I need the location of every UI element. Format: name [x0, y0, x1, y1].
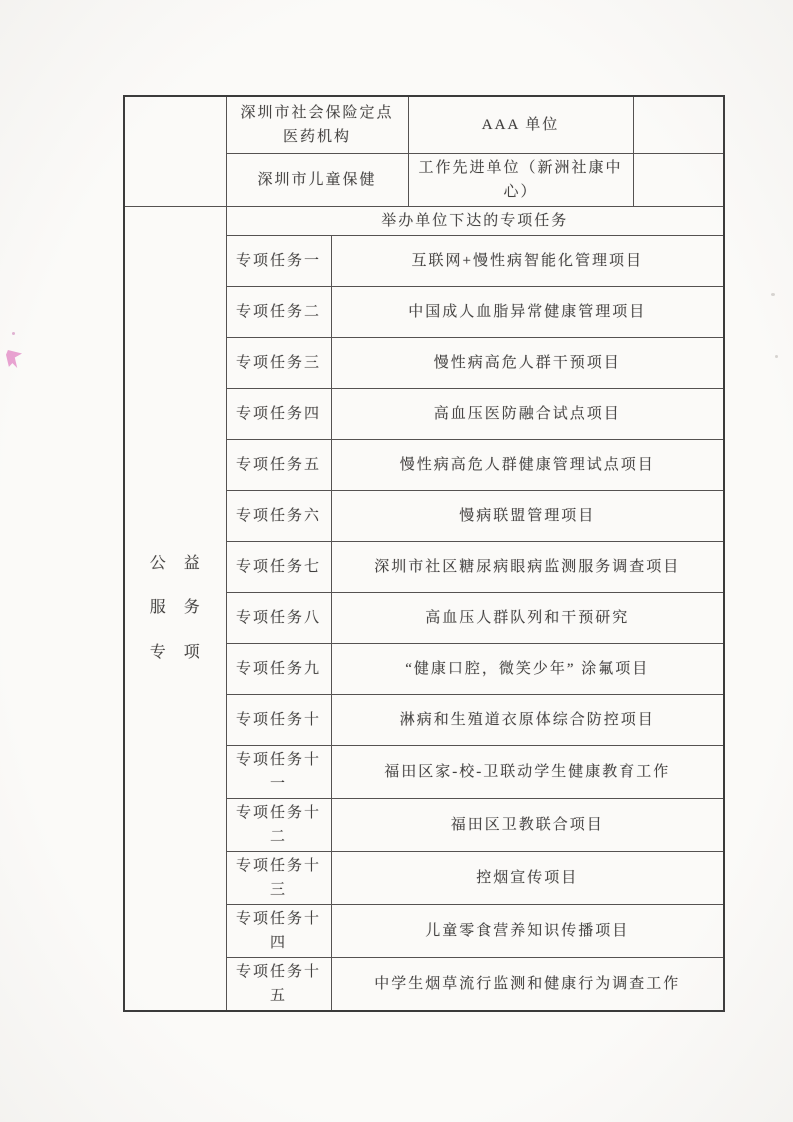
side-label-public-welfare: 公 益 服 务 专 项: [131, 551, 220, 666]
task-label-cell: 专项任务七: [226, 541, 331, 592]
task-label-cell: 专项任务一: [226, 235, 331, 286]
table-row: 深圳市社会保险定点医药机构 AAA 单位: [124, 96, 724, 153]
empty-cell: [633, 153, 724, 206]
task-label-cell: 专项任务八: [226, 592, 331, 643]
side-label-cell: 公 益 服 务 专 项: [124, 206, 226, 1011]
special-tasks-table: 深圳市社会保险定点医药机构 AAA 单位 深圳市儿童保健 工作先进单位（新洲社康…: [123, 95, 725, 1012]
empty-cell: [633, 96, 724, 153]
task-label-cell: 专项任务十三: [226, 851, 331, 904]
honour-name-cell: 深圳市儿童保健: [226, 153, 408, 206]
side-label-line: 专 项: [150, 640, 201, 666]
task-label-cell: 专项任务十五: [226, 957, 331, 1011]
task-label-cell: 专项任务二: [226, 286, 331, 337]
task-project-cell: 淋病和生殖道衣原体综合防控项目: [331, 694, 724, 745]
task-label-cell: 专项任务五: [226, 439, 331, 490]
honour-award-cell: 工作先进单位（新洲社康中心）: [408, 153, 633, 206]
honour-name-cell: 深圳市社会保险定点医药机构: [226, 96, 408, 153]
scan-speck: [771, 293, 775, 296]
task-project-cell: 高血压人群队列和干预研究: [331, 592, 724, 643]
side-label-line: 公 益: [150, 551, 201, 577]
task-project-cell: 中国成人血脂异常健康管理项目: [331, 286, 724, 337]
scan-speck: [775, 355, 778, 358]
task-project-cell: 福田区家-校-卫联动学生健康教育工作: [331, 745, 724, 798]
task-label-cell: 专项任务十: [226, 694, 331, 745]
task-project-cell: 慢性病高危人群干预项目: [331, 337, 724, 388]
task-label-cell: 专项任务九: [226, 643, 331, 694]
pink-ink-dot: [12, 332, 15, 335]
task-project-cell: 高血压医防融合试点项目: [331, 388, 724, 439]
empty-cell: [124, 96, 226, 206]
task-project-cell: 慢病联盟管理项目: [331, 490, 724, 541]
task-label-cell: 专项任务四: [226, 388, 331, 439]
task-project-cell: 儿童零食营养知识传播项目: [331, 904, 724, 957]
task-project-cell: 深圳市社区糖尿病眼病监测服务调查项目: [331, 541, 724, 592]
task-project-cell: “健康口腔，微笑少年” 涂氟项目: [331, 643, 724, 694]
pink-ink-mark: [6, 346, 22, 368]
task-label-cell: 专项任务十二: [226, 798, 331, 851]
task-label-cell: 专项任务十四: [226, 904, 331, 957]
task-project-cell: 慢性病高危人群健康管理试点项目: [331, 439, 724, 490]
task-label-cell: 专项任务十一: [226, 745, 331, 798]
honour-award-cell: AAA 单位: [408, 96, 633, 153]
task-project-cell: 中学生烟草流行监测和健康行为调查工作: [331, 957, 724, 1011]
task-project-cell: 控烟宣传项目: [331, 851, 724, 904]
task-label-cell: 专项任务三: [226, 337, 331, 388]
scanned-document-page: 深圳市社会保险定点医药机构 AAA 单位 深圳市儿童保健 工作先进单位（新洲社康…: [0, 0, 793, 1122]
task-label-cell: 专项任务六: [226, 490, 331, 541]
task-project-cell: 福田区卫教联合项目: [331, 798, 724, 851]
side-label-line: 服 务: [150, 595, 201, 621]
table-row: 公 益 服 务 专 项 举办单位下达的专项任务: [124, 206, 724, 235]
section-header: 举办单位下达的专项任务: [226, 206, 724, 235]
task-project-cell: 互联网+慢性病智能化管理项目: [331, 235, 724, 286]
